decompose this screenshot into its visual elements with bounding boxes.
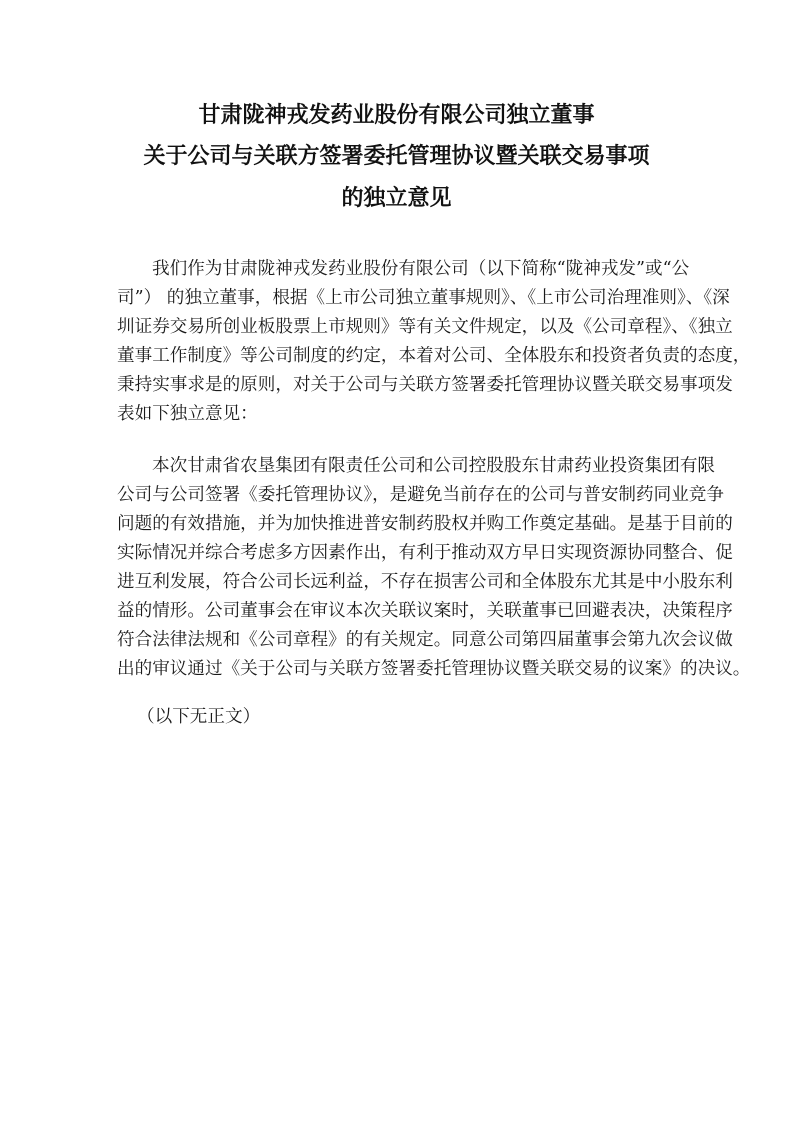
document-title-line-2: 关于公司与关联方签署委托管理协议暨关联交易事项: [0, 144, 793, 170]
paragraph-1-line: 圳证券交易所创业板股票上市规则》等有关文件规定，以及《公司章程》、《独立: [117, 316, 673, 338]
paragraph-2-line: 公司与公司签署《委托管理协议》，是避免当前存在的公司与普安制药同业竞争: [117, 484, 673, 506]
paragraph-2-line: 出的审议通过《关于公司与关联方签署委托管理协议暨关联交易的议案》的决议。: [117, 658, 673, 680]
paragraph-2-line: 本次甘肃省农垦集团有限责任公司和公司控股股东甘肃药业投资集团有限: [152, 455, 673, 477]
paragraph-2-line: 益的情形。公司董事会在审议本次关联议案时，关联董事已回避表决，决策程序: [117, 600, 673, 622]
paragraph-1-line: 董事工作制度》等公司制度的约定，本着对公司、全体股东和投资者负责的态度，: [117, 345, 673, 367]
paragraph-1-line: 我们作为甘肃陇神戎发药业股份有限公司（以下简称“陇神戎发”或“公: [152, 258, 673, 280]
paragraph-1-line: 司”） 的独立董事，根据《上市公司独立董事规则》、《上市公司治理准则》、《深: [117, 287, 673, 309]
document-page: 甘肃陇神戎发药业股份有限公司独立董事 关于公司与关联方签署委托管理协议暨关联交易…: [0, 0, 793, 1122]
paragraph-1-line: 表如下独立意见：: [117, 403, 673, 425]
paragraph-1-line: 秉持实事求是的原则，对关于公司与关联方签署委托管理协议暨关联交易事项发: [117, 374, 673, 396]
document-title-line-3: 的独立意见: [0, 186, 793, 212]
paragraph-2-line: 进互利发展，符合公司长远利益，不存在损害公司和全体股东尤其是中小股东利: [117, 571, 673, 593]
paragraph-2-line: 问题的有效措施，并为加快推进普安制药股权并购工作奠定基础。是基于目前的: [117, 513, 673, 535]
paragraph-2-line: 符合法律法规和《公司章程》的有关规定。同意公司第四届董事会第九次会议做: [117, 629, 673, 651]
paragraph-2-line: 实际情况并综合考虑多方因素作出，有利于推动双方早日实现资源协同整合、促: [117, 542, 673, 564]
document-title-line-1: 甘肃陇神戎发药业股份有限公司独立董事: [0, 103, 793, 129]
ending-note: （以下无正文）: [137, 706, 260, 728]
